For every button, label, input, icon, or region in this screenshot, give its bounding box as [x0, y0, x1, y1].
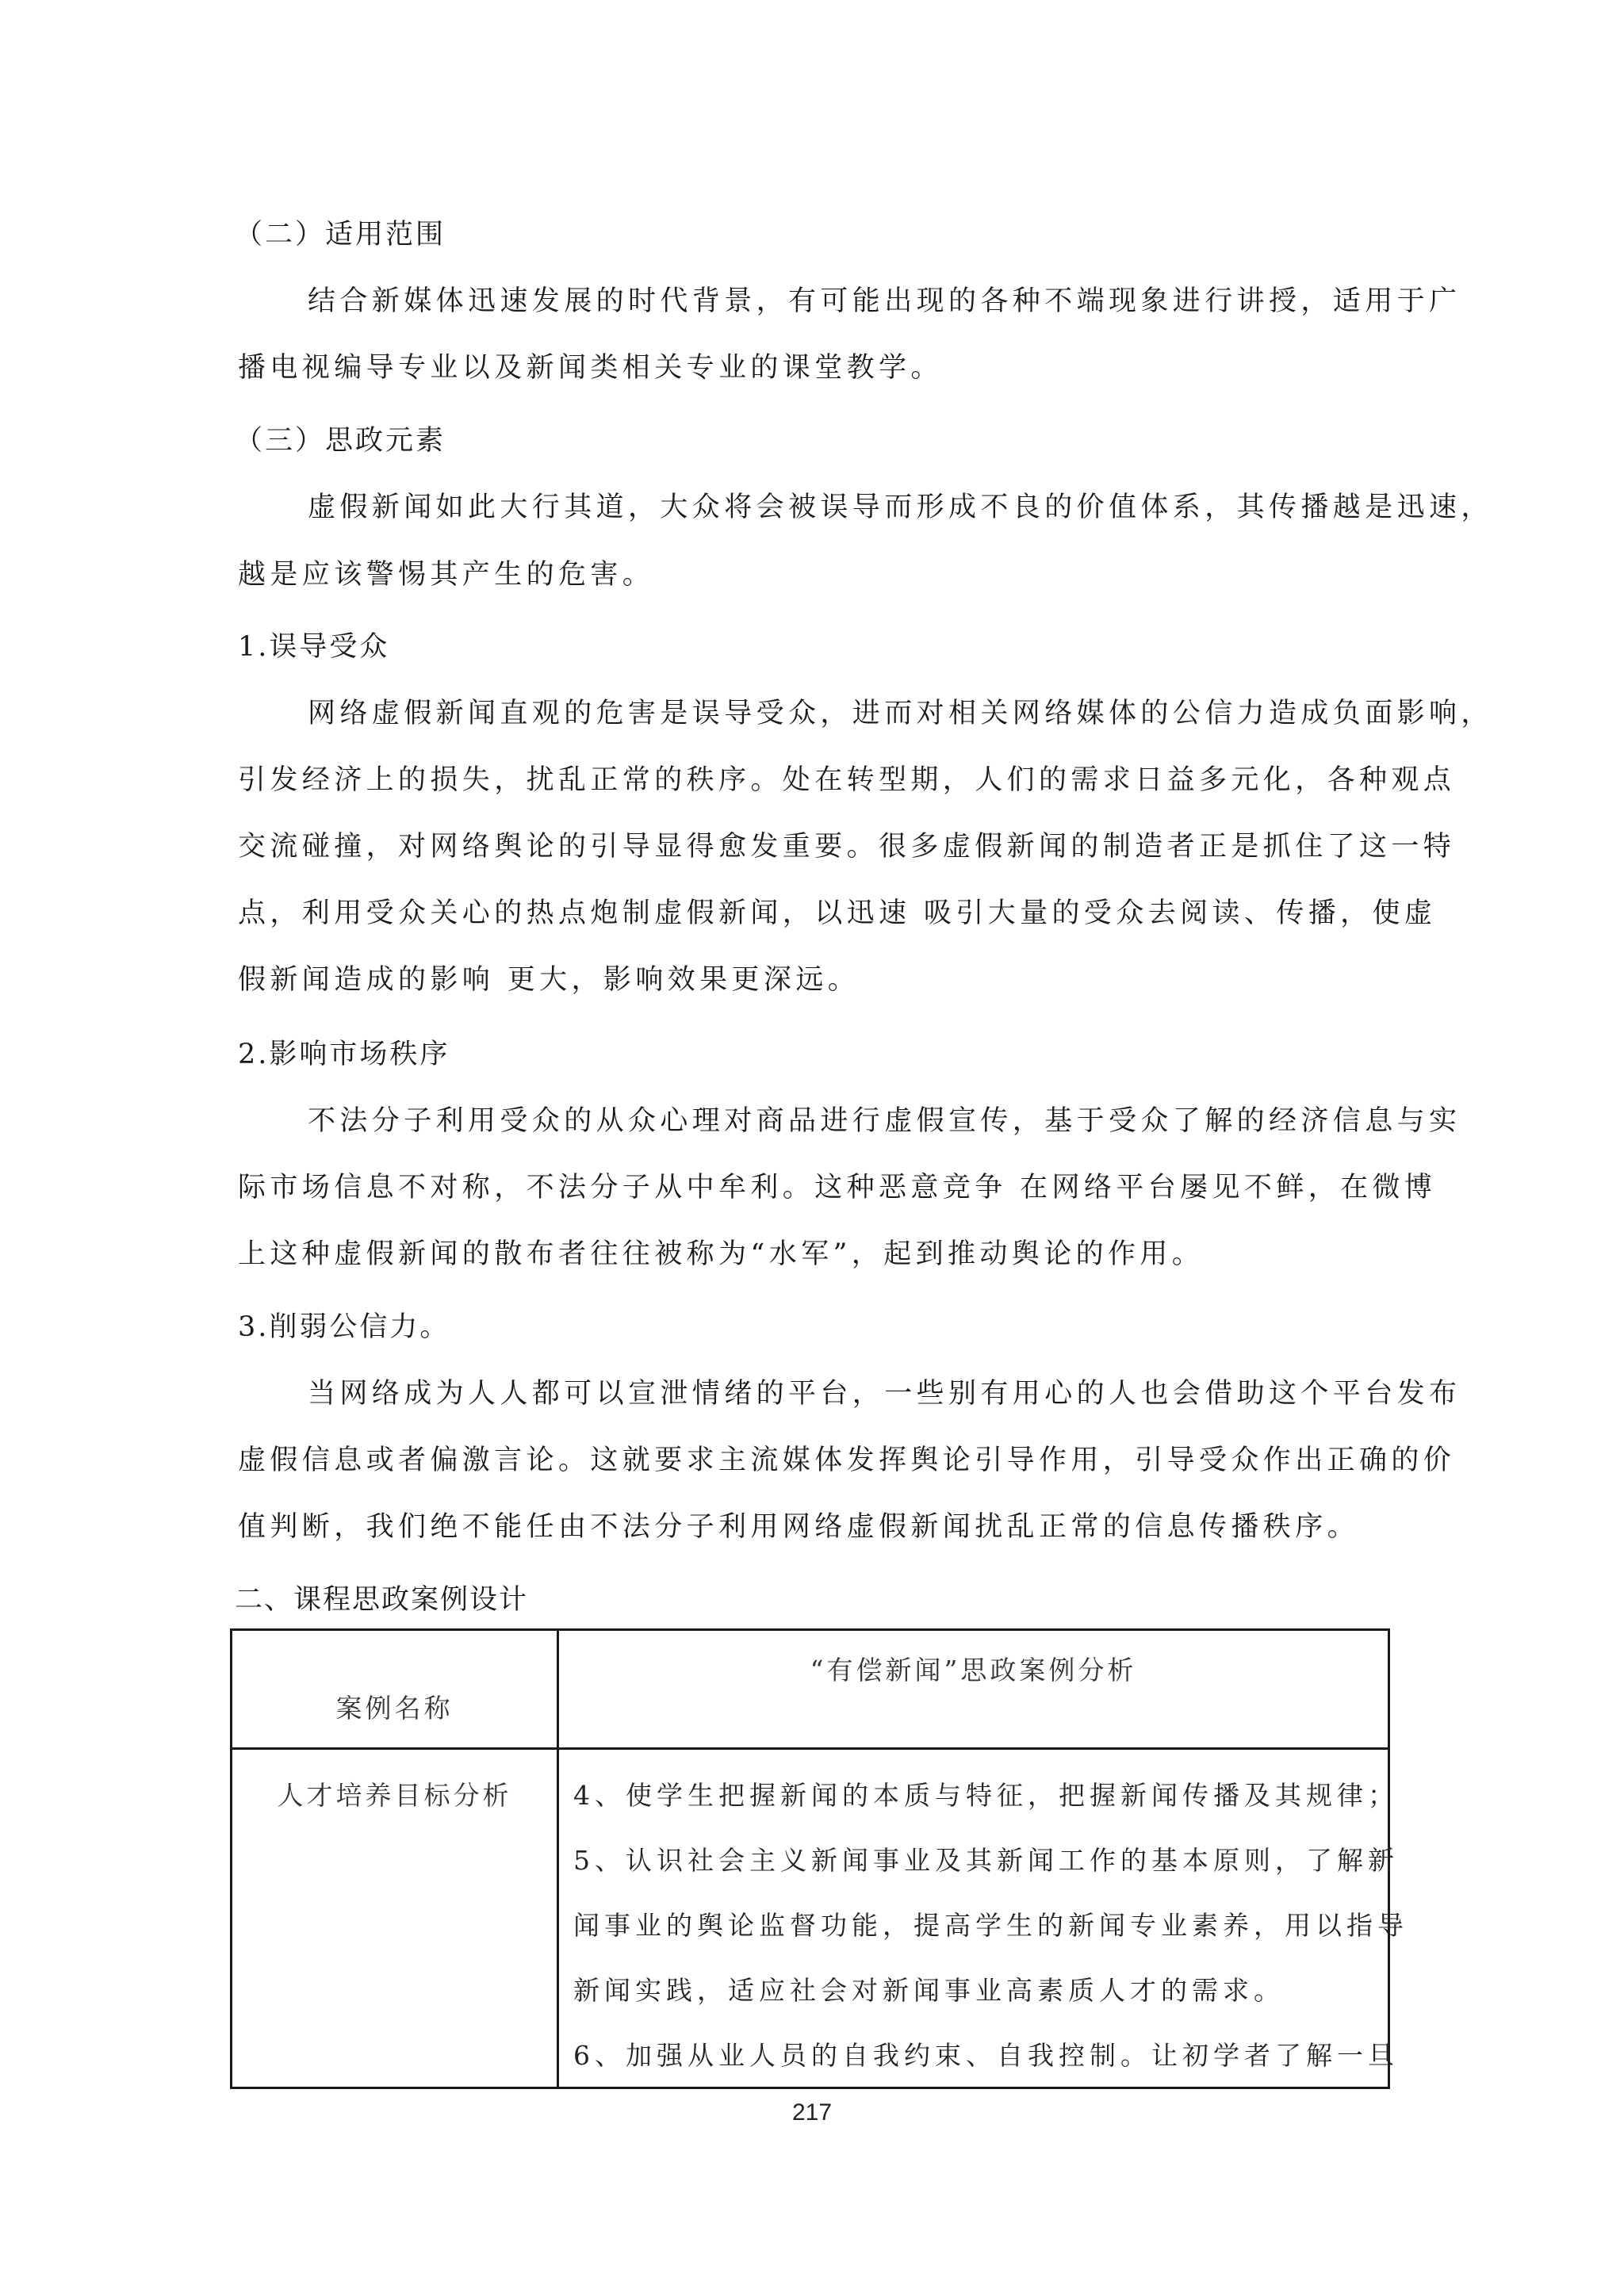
table-cell-line: 新闻实践，适应社会对新闻事业高素质人才的需求。	[573, 1975, 1285, 2007]
paragraph-line: 际市场信息不对称，不法分子从中牟利。这种恶意竞争 在网络平台屡见不鲜，在微博	[238, 1172, 1436, 1203]
paragraph-line: 假新闻造成的影响 更大，影响效果更深远。	[238, 964, 860, 996]
table-cell-line: 6、加强从业人员的自我约束、自我控制。让初学者了解一旦	[573, 2040, 1399, 2072]
paragraph-line: 虚假信息或者偏激言论。这就要求主流媒体发挥舆论引导作用，引导受众作出正确的价	[238, 1445, 1455, 1476]
table-row-label: 人才培养目标分析	[232, 1780, 557, 1812]
section-heading-design: 二、课程思政案例设计	[235, 1584, 528, 1616]
paragraph-line: 越是应该警惕其产生的危害。	[238, 559, 654, 591]
section-heading-scope: （二）适用范围	[235, 219, 446, 251]
table-cell-line: 4、使学生把握新闻的本质与特征，把握新闻传播及其规律；	[573, 1780, 1399, 1812]
table-column-divider	[557, 1631, 559, 2087]
table-row-divider	[232, 1747, 1388, 1750]
case-design-table: 案例名称 “有偿新闻”思政案例分析 人才培养目标分析 4、使学生把握新闻的本质与…	[230, 1628, 1390, 2089]
table-cell-line: 闻事业的舆论监督功能，提高学生的新闻专业素养，用以指导	[573, 1910, 1408, 1942]
paragraph-line: 引发经济上的损失，扰乱正常的秩序。处在转型期，人们的需求日益多元化，各种观点	[238, 764, 1455, 796]
paragraph-line: 播电视编导专业以及新闻类相关专业的课堂教学。	[238, 352, 943, 384]
paragraph-line: 上这种虚假新闻的散布者往往被称为“水军”，起到推动舆论的作用。	[238, 1238, 1204, 1270]
table-cell-line: 5、认识社会主义新闻事业及其新闻工作的基本原则，了解新	[573, 1845, 1399, 1877]
point-heading-2: 2.影响市场秩序	[238, 1039, 450, 1070]
paragraph-line: 不法分子利用受众的从众心理对商品进行虚假宣传，基于受众了解的经济信息与实	[308, 1105, 1461, 1137]
page-number: 217	[0, 2099, 1624, 2126]
paragraph-line: 值判断，我们绝不能任由不法分子利用网络虚假新闻扰乱正常的信息传播秩序。	[238, 1511, 1359, 1543]
paragraph-line: 当网络成为人人都可以宣泄情绪的平台，一些别有用心的人也会借助这个平台发布	[308, 1378, 1461, 1410]
paragraph-line: 点，利用受众关心的热点炮制虚假新闻，以迅速 吸引大量的受众去阅读、传播，使虚	[238, 897, 1436, 929]
point-heading-1: 1.误导受众	[238, 631, 389, 663]
document-page: （二）适用范围 结合新媒体迅速发展的时代背景，有可能出现的各种不端现象进行讲授，…	[0, 0, 1624, 2296]
section-heading-elements: （三）思政元素	[235, 425, 446, 457]
paragraph-line: 交流碰撞，对网络舆论的引导显得愈发重要。很多虚假新闻的制造者正是抓住了这一特	[238, 831, 1455, 863]
paragraph-line: 虚假新闻如此大行其道，大众将会被误导而形成不良的价值体系，其传播越是迅速，	[308, 492, 1493, 523]
paragraph-line: 结合新媒体迅速发展的时代背景，有可能出现的各种不端现象进行讲授，适用于广	[308, 285, 1461, 317]
point-heading-3: 3.削弱公信力。	[238, 1311, 450, 1343]
table-header-case-name: 案例名称	[232, 1693, 557, 1724]
table-header-case-title: “有偿新闻”思政案例分析	[559, 1655, 1388, 1686]
paragraph-line: 网络虚假新闻直观的危害是误导受众，进而对相关网络媒体的公信力造成负面影响，	[308, 698, 1493, 729]
